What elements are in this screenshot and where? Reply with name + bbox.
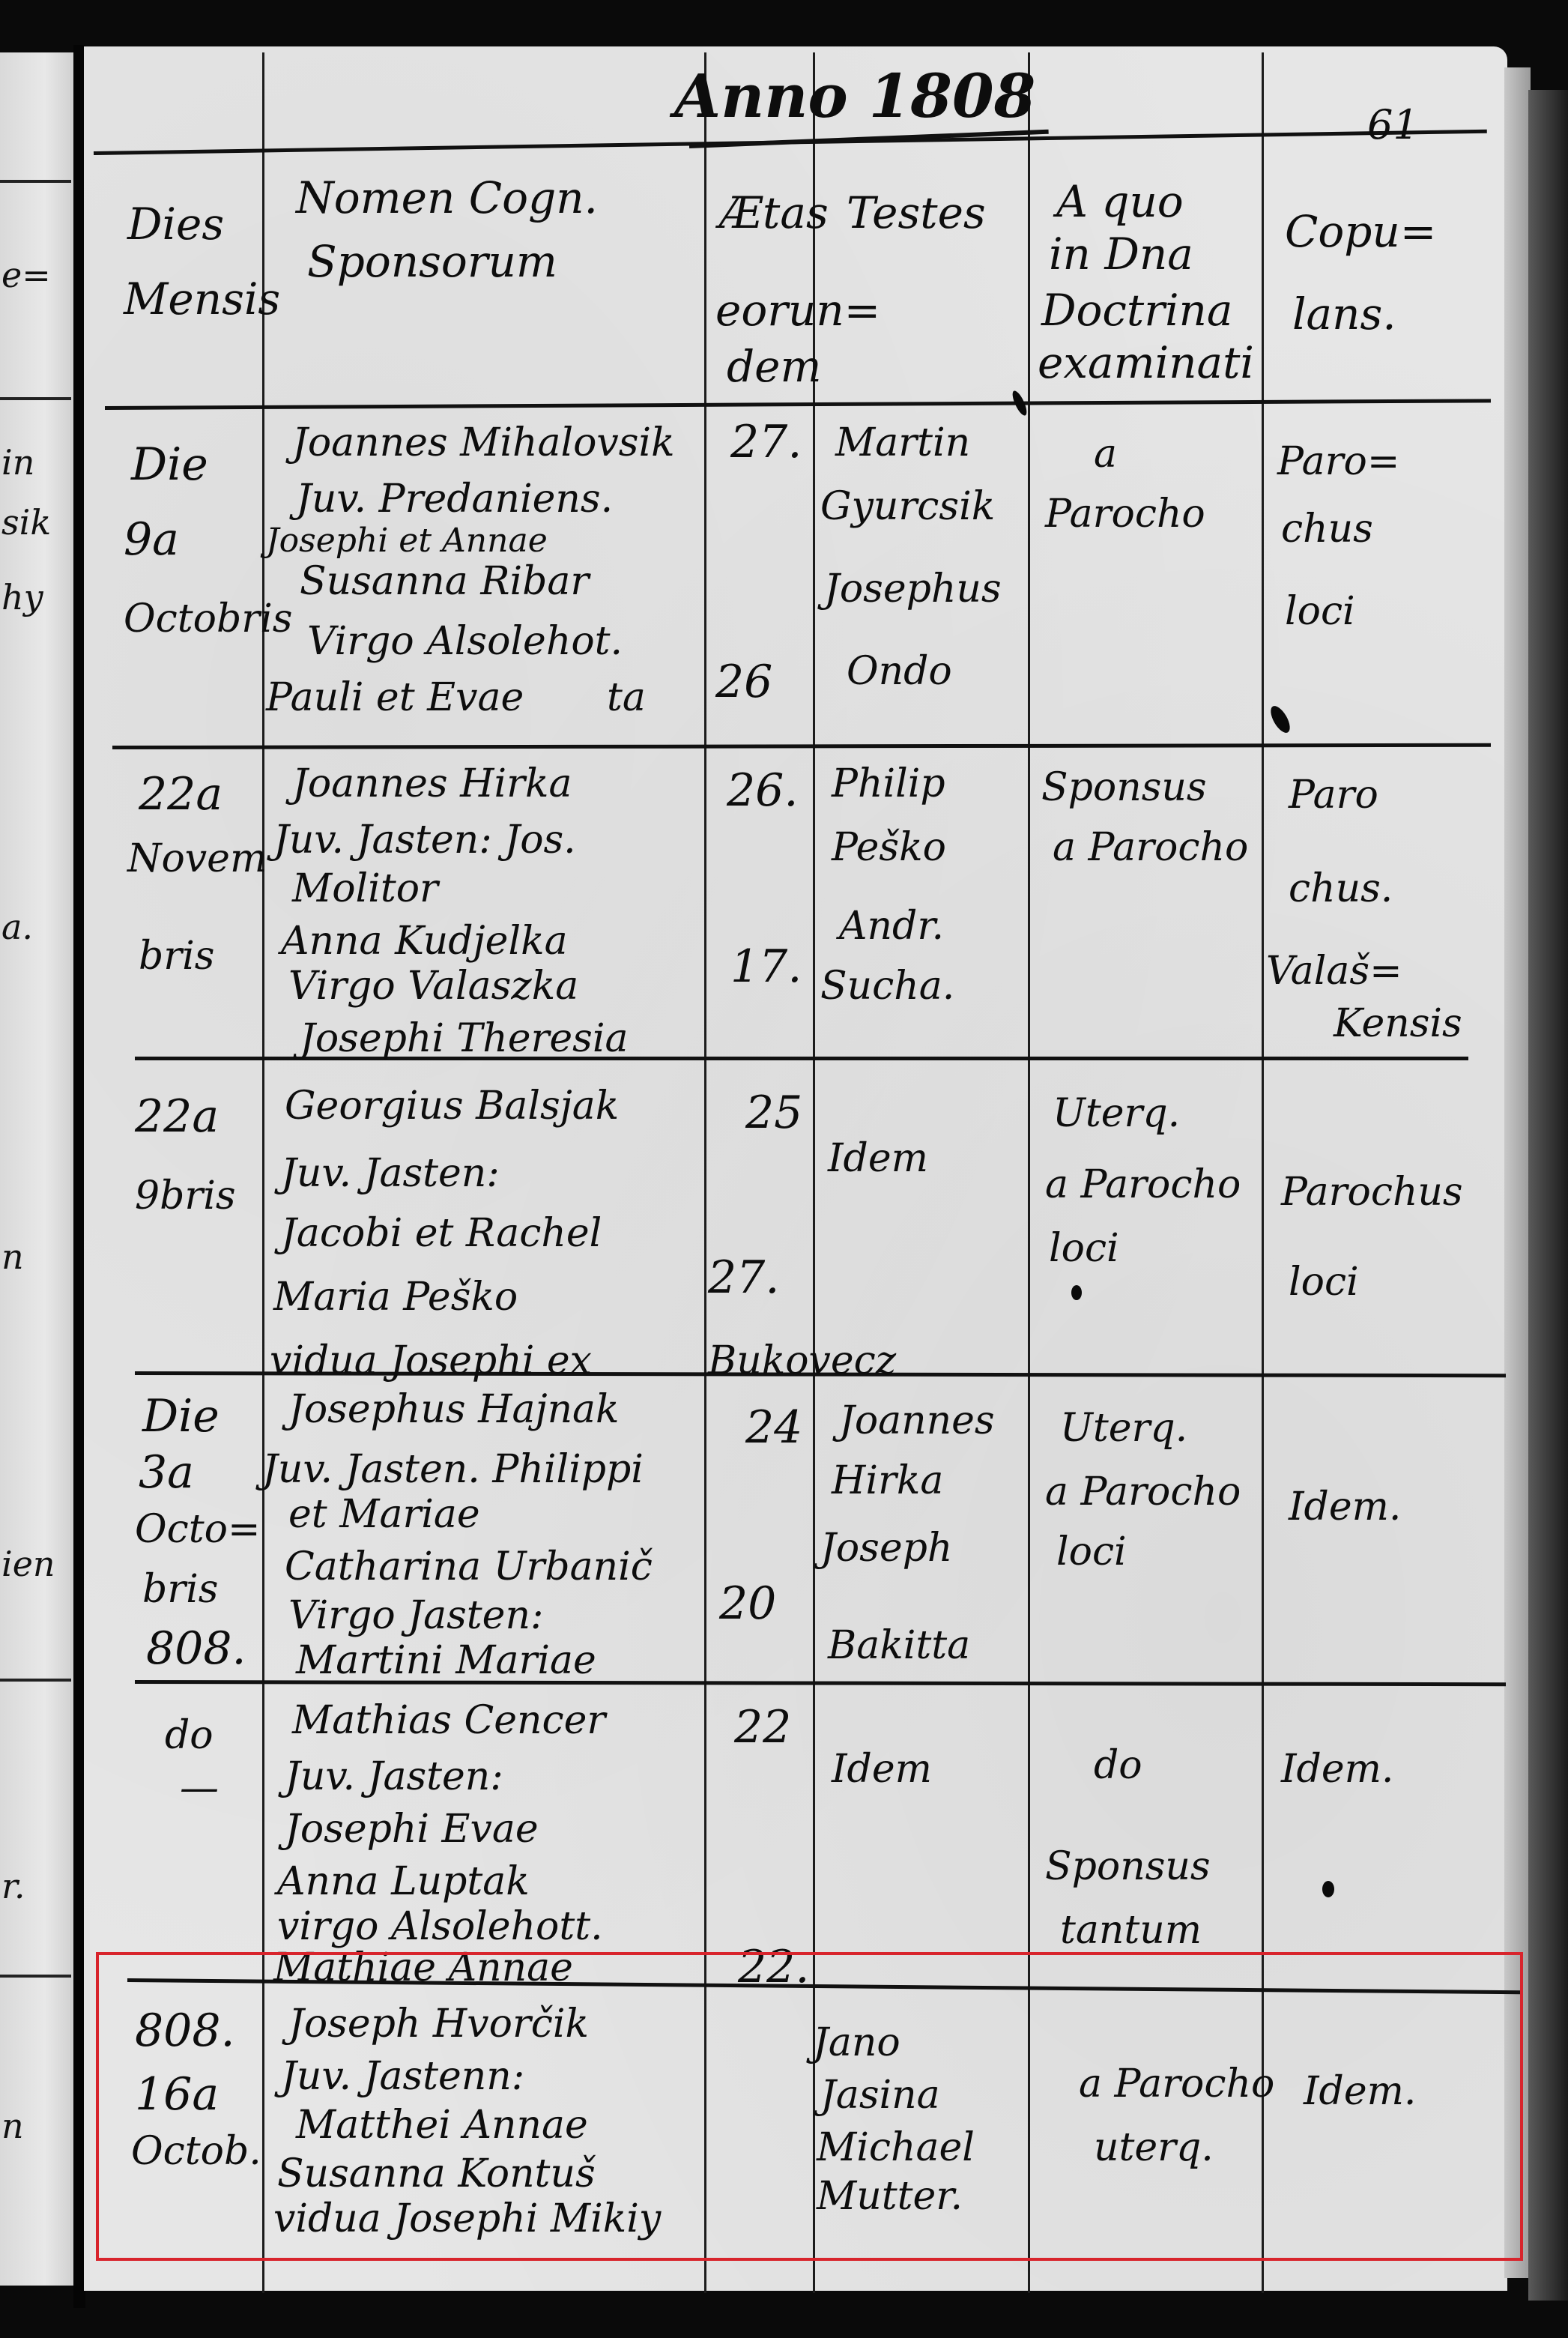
examined-by: do [1094, 1746, 1142, 1785]
groom-name: Joseph Hvorčik [288, 2005, 589, 2044]
bride-name: Anna Luptak [277, 1862, 530, 1901]
prev-page-fragment: r. [1, 1866, 25, 1906]
prev-page-fragment: n [1, 2106, 24, 2146]
bride-origin: vidua Josephi ex [270, 1341, 592, 1380]
entry-date: 22a [135, 1094, 219, 1139]
bride-origin: Virgo Valaszka [288, 967, 578, 1006]
groom-parents: Jacobi et Rachel [281, 1214, 602, 1253]
prev-page-fragment: n [1, 1236, 24, 1277]
bride-origin: vidua Josephi Mikiy [273, 2199, 661, 2238]
examined-by: tantum [1060, 1911, 1202, 1950]
bride-age: 22. [738, 1945, 809, 1990]
witness-name: Idem [832, 1750, 932, 1789]
prev-page-rule [0, 1975, 71, 1978]
entry-date: 808. [135, 2008, 235, 2053]
entry-date: 9bris [135, 1176, 236, 1215]
bride-origin: Virgo Alsolehot. [307, 622, 623, 661]
groom-age: 22 [734, 1705, 791, 1750]
officiant: Paro= [1277, 442, 1399, 481]
header-text: Dies [127, 202, 224, 246]
bride-parents: Martini Mariae [296, 1641, 596, 1680]
witness-name: Mutter. [817, 2177, 963, 2216]
examined-by: a Parocho [1079, 2064, 1274, 2103]
bride-name: Susanna Ribar [300, 562, 589, 601]
witness-name: Philip [832, 764, 945, 803]
entry-date: do [165, 1716, 214, 1755]
examined-by: uterq. [1094, 2128, 1214, 2167]
groom-origin: Juv. Jasten. Philippi [262, 1450, 644, 1489]
officiant: chus [1281, 510, 1373, 549]
bride-parents: Mathiae Annae [273, 1948, 573, 1987]
examined-by: Uterq. [1060, 1409, 1187, 1448]
page-number: 61 [1367, 105, 1419, 145]
entry-date: Octobris [124, 599, 292, 638]
entry-date: Octo= [135, 1510, 261, 1549]
entry-date: Novem [127, 839, 267, 878]
entry-date: bris [142, 1570, 218, 1609]
entry-date: 22a [139, 772, 223, 817]
examined-by: a Parocho [1045, 1165, 1241, 1204]
bride-parents: Pauli et Evae [266, 678, 524, 717]
bride-origin: Virgo Jasten: [288, 1596, 543, 1635]
bride-origin: virgo Alsolehott. [277, 1907, 603, 1946]
officiant: Valaš= [1266, 952, 1402, 991]
witness-name: Peško [832, 828, 946, 867]
witness-name: Joseph [820, 1529, 952, 1568]
bride-name: Susanna Kontuš [277, 2154, 596, 2193]
column-rule [1028, 52, 1030, 2293]
prev-page-fragment: ien [1, 1544, 55, 1584]
groom-origin: Juv. Jastenn: [281, 2057, 524, 2096]
groom-parents: et Mariae [288, 1495, 480, 1534]
previous-page-edge: e= in sik hy a. n ien r. n [0, 52, 75, 2286]
examined-by: Uterq. [1053, 1094, 1180, 1133]
examined-by: Sponsus [1045, 1847, 1211, 1886]
examined-by: a Parocho [1045, 1472, 1241, 1511]
groom-name: Josephus Hajnak [288, 1390, 620, 1429]
name-suffix: ta [607, 678, 646, 717]
page-stack-edge [1504, 67, 1531, 2278]
header-text: examinati [1038, 341, 1254, 384]
groom-parents: Molitor [292, 869, 438, 908]
witness-name: Ondo [847, 652, 952, 691]
officiant: loci [1289, 1263, 1359, 1302]
prev-page-fragment: e= [1, 255, 51, 295]
ink-blot [1322, 1881, 1334, 1897]
header-text: eorun= [715, 289, 880, 332]
witness-name: Bakitta [828, 1626, 970, 1665]
entry-date: Die [131, 442, 208, 487]
bride-age: 17. [730, 944, 802, 989]
column-rule [262, 52, 264, 2293]
entry-date: 16a [135, 2072, 219, 2117]
entry-date: bris [139, 937, 214, 976]
officiant: Kensis [1334, 1004, 1462, 1043]
book-cover-edge [1528, 90, 1568, 2301]
officiant: chus. [1289, 869, 1393, 908]
groom-age: 27. [730, 420, 802, 465]
prev-page-fragment: a. [1, 907, 33, 947]
entry-date: 808. [146, 1626, 246, 1671]
header-text: in Dna [1049, 232, 1193, 276]
witness-name: Andr. [839, 907, 944, 946]
prev-page-rule [0, 1679, 71, 1682]
groom-age: 24 [745, 1405, 802, 1450]
header-text: Testes [847, 191, 986, 235]
prev-page-fragment: in [1, 442, 34, 483]
officiant: loci [1285, 592, 1355, 631]
witness-name: Gyurcsik [820, 487, 995, 526]
prev-page-rule [0, 180, 71, 183]
witness-name: Idem [828, 1139, 928, 1178]
groom-age: 26. [727, 768, 798, 813]
witness-name: Josephus [824, 570, 1002, 608]
examined-by: loci [1049, 1229, 1119, 1268]
prev-page-rule [0, 397, 71, 400]
header-text: lans. [1292, 292, 1396, 336]
groom-name: Georgius Balsjak [285, 1087, 619, 1126]
groom-origin: Juv. Jasten: Jos. [273, 821, 576, 860]
officiant: Idem. [1289, 1487, 1401, 1526]
header-text: A quo [1056, 180, 1184, 223]
examined-by: a [1094, 435, 1117, 474]
header-text: Copu= [1285, 210, 1436, 253]
bride-parents: Josephi Theresia [300, 1019, 628, 1058]
officiant: Idem. [1281, 1750, 1393, 1789]
entry-date: 3a [139, 1450, 194, 1495]
groom-origin: Juv. Jasten: [285, 1757, 503, 1796]
bride-name: Maria Peško [273, 1278, 518, 1317]
examined-by: Parocho [1045, 495, 1205, 534]
ink-blot [1071, 1285, 1082, 1300]
header-text: Mensis [124, 277, 280, 321]
entry-date: Octob. [131, 2132, 261, 2171]
header-text: Ætas [719, 191, 829, 235]
groom-origin: Juv. Predaniens. [296, 480, 613, 519]
header-text: Doctrina [1041, 289, 1232, 332]
prev-page-fragment: hy [1, 577, 43, 617]
groom-name: Joannes Mihalovsik [292, 423, 675, 462]
entry-date: Die [142, 1394, 220, 1439]
groom-age: 25 [745, 1090, 802, 1135]
groom-name: Joannes Hirka [292, 764, 572, 803]
header-text: Nomen Cogn. [296, 176, 598, 220]
column-rule [704, 52, 706, 2293]
bride-name: Anna Kudjelka [281, 922, 568, 961]
officiant: Idem. [1304, 2072, 1416, 2111]
examined-by: loci [1056, 1532, 1127, 1571]
witness-name: Martin [835, 423, 970, 462]
bride-parents: Bukovecz [708, 1341, 896, 1380]
entry-date: — [180, 1768, 219, 1807]
entry-date: 9a [124, 517, 179, 562]
witness-name: Joannes [839, 1401, 995, 1440]
header-text: dem [727, 345, 821, 388]
prev-page-fragment: sik [1, 502, 51, 543]
groom-parents: Josephi et Annae [266, 525, 548, 558]
column-rule [1262, 52, 1264, 2293]
groom-parents: Matthei Annae [296, 2106, 588, 2145]
examined-by: Sponsus [1041, 768, 1207, 807]
witness-name: Jano [813, 2023, 900, 2062]
bride-age: 20 [719, 1581, 776, 1626]
header-text: Sponsorum [307, 240, 557, 283]
bride-age: 27. [708, 1255, 779, 1300]
witness-name: Sucha. [820, 967, 954, 1006]
witness-name: Jasina [820, 2076, 940, 2115]
examined-by: a Parocho [1053, 828, 1248, 867]
groom-name: Mathias Cencer [292, 1701, 605, 1740]
witness-name: Michael [817, 2128, 975, 2167]
register-year-title: Anno 1808 [674, 66, 1035, 126]
groom-parents: Josephi Evae [285, 1810, 539, 1849]
groom-origin: Juv. Jasten: [281, 1154, 500, 1193]
officiant: Parochus [1281, 1173, 1463, 1212]
bride-name: Catharina Urbanič [285, 1547, 653, 1586]
witness-name: Hirka [832, 1461, 943, 1500]
officiant: Paro [1289, 776, 1378, 815]
bride-age: 26 [715, 659, 772, 704]
